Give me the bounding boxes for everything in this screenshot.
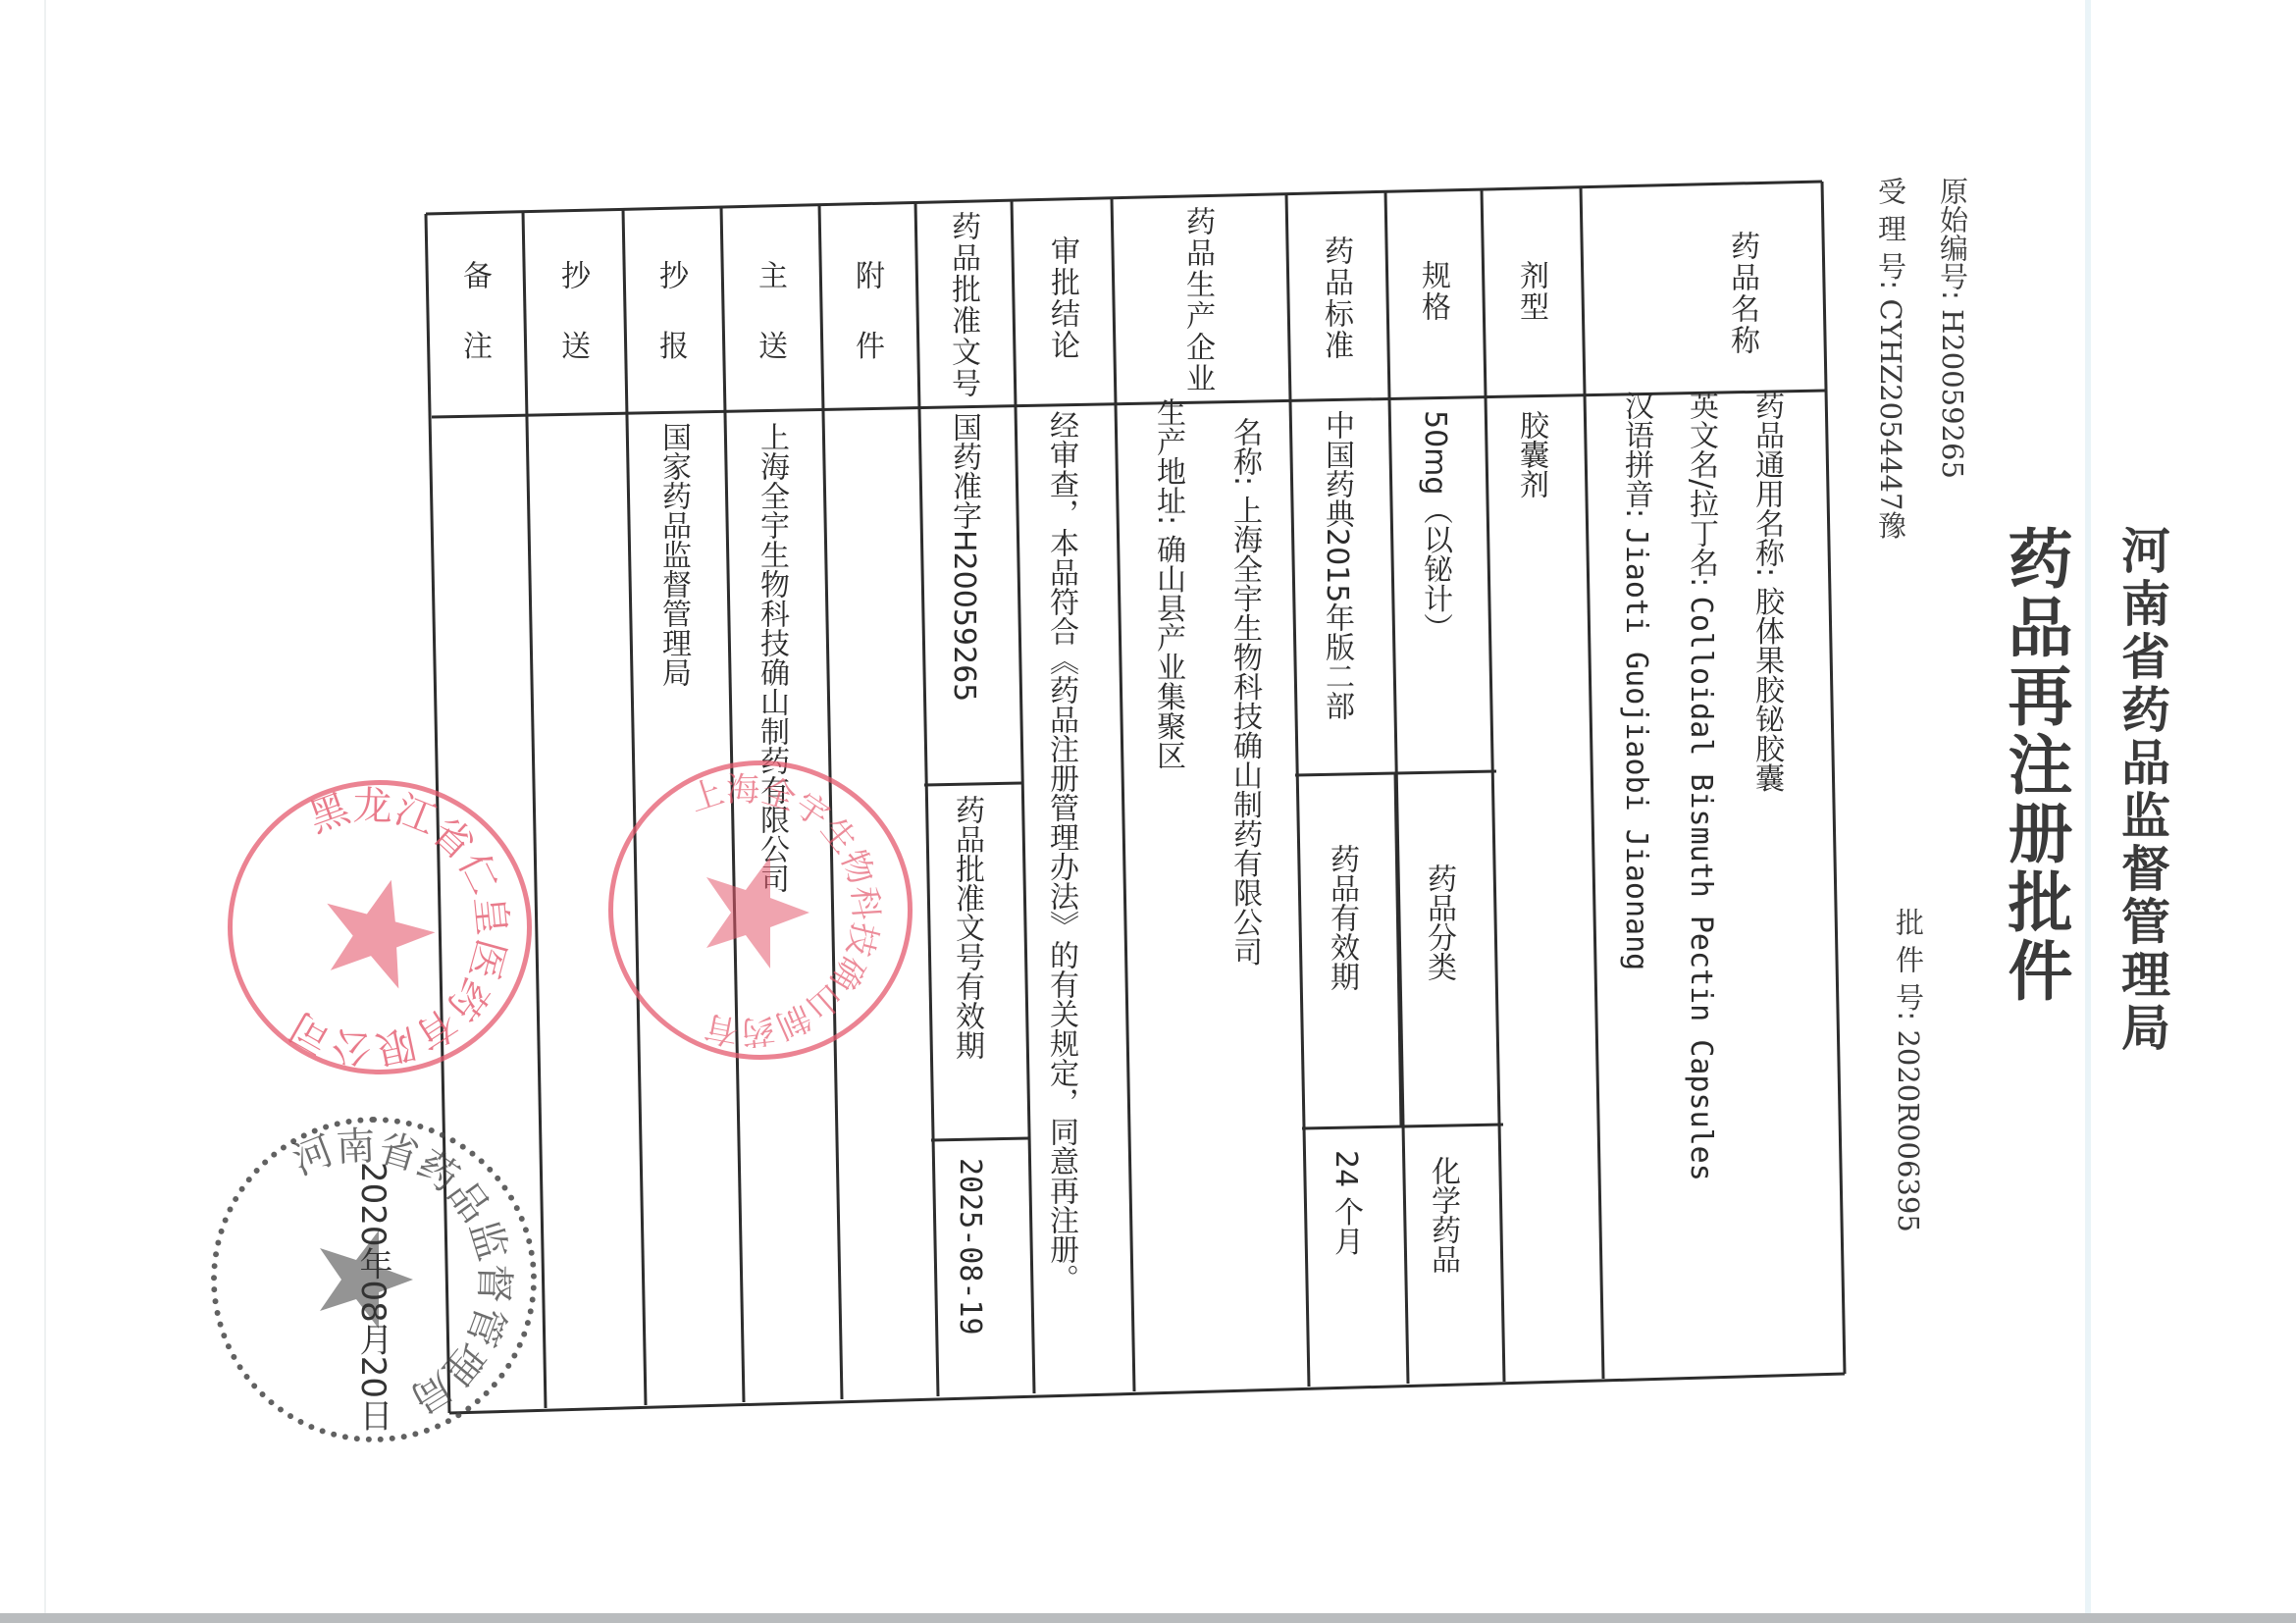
label-copy-to: 抄 送	[557, 260, 587, 376]
star-icon: 黑龙江省仁皇医药有限公司	[233, 785, 527, 1070]
pinyin-label: 汉语拼音:	[1619, 391, 1653, 518]
generic-name-label: 药品通用名称:	[1749, 391, 1784, 577]
label-dosage-form: 剂型	[1516, 260, 1545, 323]
english-name-label: 英文名/拉丁名:	[1684, 391, 1718, 587]
acceptance-number-label: 受 理 号:	[1874, 177, 1907, 289]
acceptance-number-value: CYHZ2054447豫	[1874, 298, 1907, 539]
label-shelf-life: 药品有效期	[1327, 844, 1356, 991]
dosage-form-value: 胶囊剂	[1516, 410, 1545, 498]
label-main-recipient: 主 送	[755, 260, 784, 376]
label-drug-name: 药品名称	[1727, 231, 1756, 356]
label-remarks: 备 注	[459, 260, 489, 376]
document-title: 药品再注册批件	[2002, 525, 2066, 1006]
manufacturer-address: 确山县产业集聚区	[1151, 535, 1185, 770]
star-icon: 上海全宇生物科技确山制药有限公司	[613, 765, 908, 1055]
label-manufacturer: 药品生产企业	[1182, 206, 1212, 394]
seal-date: 2020年08月20日	[349, 1162, 397, 1432]
label-drug-category: 药品分类	[1424, 864, 1453, 981]
scan-edge	[0, 1613, 2296, 1623]
conclusion-value: 经审查，本品符合《药品注册管理办法》的有关规定，同意再注册。	[1046, 410, 1075, 1293]
scan-edge	[44, 0, 46, 1613]
original-number: 原始编号: H20059265	[1938, 177, 1966, 479]
drug-standard-value: 中国药典2015年版二部	[1322, 410, 1351, 720]
label-approval-doc-number: 药品批准文号	[948, 211, 977, 399]
manufacturer-name: 上海全宇生物科技确山制药有限公司	[1227, 496, 1262, 967]
issuing-authority: 河南省药品监督管理局	[2117, 525, 2166, 1055]
manufacturer-address-label: 生产地址:	[1151, 397, 1185, 525]
manufacturer-name-label: 名称:	[1227, 417, 1262, 486]
shelf-life-value: 24 个月	[1331, 1150, 1360, 1256]
manufacturer-address-line: 生产地址: 确山县产业集聚区	[1153, 397, 1182, 770]
english-name: Colloidal Bismuth Pectin Capsules	[1684, 597, 1718, 1181]
label-attachment: 附 件	[852, 260, 881, 376]
approval-number-value: 2020R006395	[1892, 1029, 1925, 1231]
drug-category-value: 化学药品	[1428, 1156, 1457, 1274]
company-seal-shanghai-quanyu: 上海全宇生物科技确山制药有限公司	[608, 760, 913, 1060]
label-drug-standard: 药品标准	[1321, 236, 1350, 361]
label-conclusion: 审批结论	[1047, 236, 1076, 361]
label-report-to: 抄 报	[655, 260, 685, 376]
approval-number: 批 件 号: 2020R006395	[1894, 908, 1922, 1232]
generic-name-line: 药品通用名称: 胶体果胶铋胶囊	[1751, 391, 1781, 793]
generic-name: 胶体果胶铋胶囊	[1749, 587, 1784, 793]
official-seal-henan-fda: 河南省药品监督管理局 2020年08月20日	[211, 1117, 537, 1442]
original-number-label: 原始编号:	[1936, 177, 1969, 300]
approval-validity-value: 2025-08-19	[955, 1158, 984, 1335]
seal-text: 河南省药品监督管理局	[287, 1124, 516, 1421]
svg-text:河南省药品监督管理局: 河南省药品监督管理局	[287, 1124, 516, 1421]
company-seal-heilongjiang: 黑龙江省仁皇医药有限公司	[228, 780, 532, 1074]
approval-doc-number-value: 国药准字H20059265	[949, 412, 978, 702]
report-to-value: 国家药品监督管理局	[658, 422, 688, 687]
pinyin-line: 汉语拼音: Jiaoti Guojiaobi Jiaonang	[1621, 391, 1650, 970]
english-name-line: 英文名/拉丁名: Colloidal Bismuth Pectin Capsul…	[1686, 391, 1715, 1181]
approval-number-label: 批 件 号:	[1892, 908, 1925, 1021]
original-number-value: H20059265	[1936, 309, 1969, 479]
manufacturer-name-line: 名称: 上海全宇生物科技确山制药有限公司	[1229, 417, 1259, 967]
specification-value: 50mg（以铋计）	[1420, 410, 1449, 642]
label-specification: 规格	[1418, 260, 1447, 323]
acceptance-number: 受 理 号: CYHZ2054447豫	[1876, 177, 1905, 539]
pinyin: Jiaoti Guojiaobi Jiaonang	[1619, 528, 1653, 971]
label-approval-validity: 药品批准文号有效期	[952, 795, 981, 1060]
scan-fold-line	[2085, 0, 2091, 1613]
